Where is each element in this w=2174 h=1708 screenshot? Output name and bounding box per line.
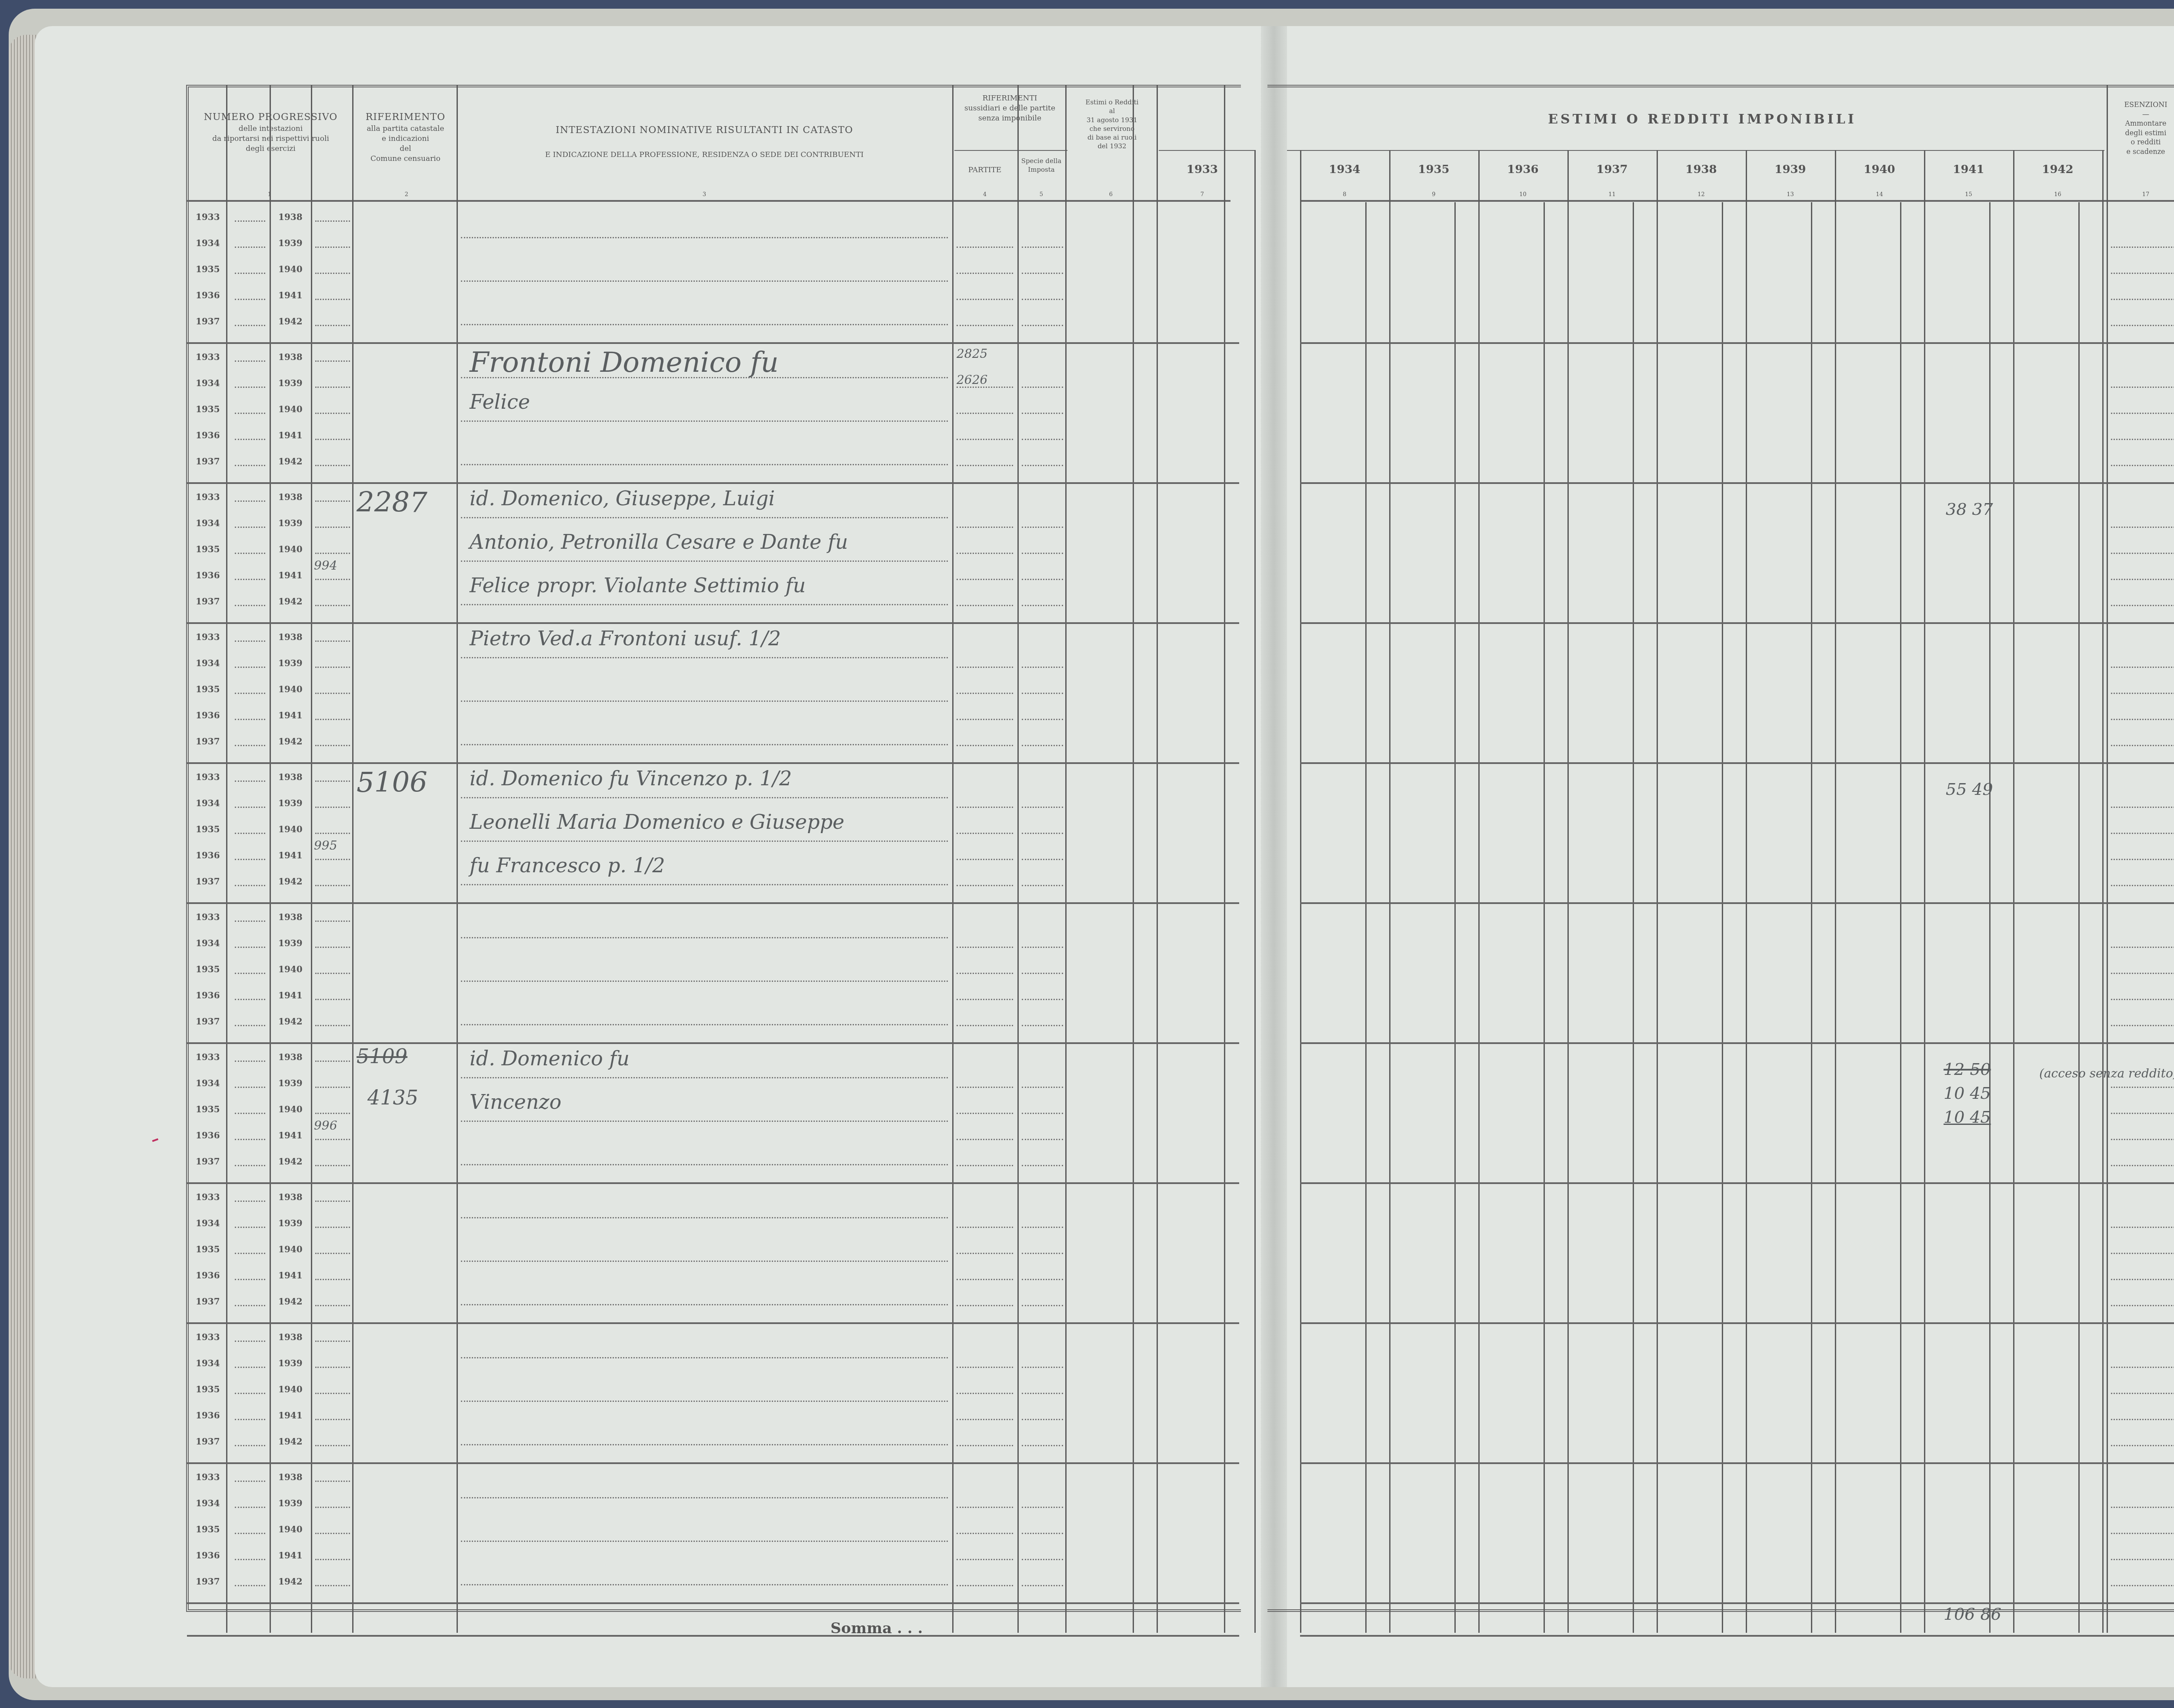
cents-rule — [2078, 202, 2080, 1633]
year-label-left: 1937 — [196, 1436, 220, 1447]
dotted-line — [2111, 325, 2174, 326]
year-label-left: 1933 — [196, 1052, 220, 1062]
dotted-line — [235, 500, 265, 502]
dotted-line — [315, 220, 350, 222]
dotted-line — [1022, 1025, 1063, 1026]
year-label-left: 1937 — [196, 1016, 220, 1027]
dotted-line — [235, 527, 265, 528]
year-label-left: 1937 — [196, 456, 220, 467]
dotted-line — [235, 921, 265, 922]
handwritten-entry-line: Pietro Ved.a Frontoni usuf. 1/2 — [470, 627, 781, 650]
dotted-line — [235, 745, 265, 746]
cents-rule — [1900, 202, 1901, 1633]
year-col-number: 14 — [1873, 191, 1886, 198]
year-label-right: 1940 — [278, 1104, 303, 1114]
dotted-line — [315, 1367, 350, 1368]
dotted-line — [1022, 579, 1063, 580]
col6-line: del 1932 — [1067, 142, 1157, 150]
dotted-line — [1022, 465, 1063, 466]
dotted-line — [2111, 1165, 2174, 1166]
esenzioni-line: e scadenze — [2107, 147, 2174, 157]
col4-number: 4 — [978, 191, 991, 198]
cents-rule — [1365, 202, 1367, 1633]
dotted-line — [957, 1445, 1013, 1446]
riferimenti-line: sussidiari e delle partite — [952, 103, 1067, 113]
dotted-line — [1022, 273, 1063, 274]
year-label-right: 1940 — [278, 404, 303, 414]
cents-rule — [1722, 202, 1723, 1633]
year-label-left: 1936 — [196, 1550, 220, 1561]
dotted-line — [315, 553, 350, 554]
dotted-line — [461, 1401, 948, 1402]
dotted-line — [2111, 1533, 2174, 1534]
dotted-line — [1022, 1087, 1063, 1088]
dotted-line — [315, 325, 350, 326]
dotted-line — [1022, 1367, 1063, 1368]
column-rule — [457, 85, 458, 1633]
year-label-right: 1939 — [278, 798, 303, 808]
dotted-line — [461, 657, 948, 658]
block-rule — [1300, 1602, 2174, 1604]
dotted-line — [1022, 1113, 1063, 1114]
dotted-line — [235, 719, 265, 720]
col2-number: 2 — [398, 191, 415, 198]
dotted-line — [315, 360, 350, 362]
dotted-line — [315, 781, 350, 782]
dotted-line — [1022, 1165, 1063, 1166]
dotted-line — [2111, 1113, 2174, 1114]
block-rule — [1300, 1042, 2174, 1044]
dotted-line — [957, 1533, 1013, 1534]
column-rule — [2107, 85, 2108, 1633]
year-label-right: 1941 — [278, 1270, 303, 1281]
col6-line: che servirono — [1067, 124, 1157, 133]
dotted-line — [315, 247, 350, 248]
dotted-line — [315, 1393, 350, 1394]
block-rule — [187, 1602, 1239, 1604]
partite-number: 2626 — [957, 373, 987, 387]
column-rule — [1224, 85, 1225, 1633]
column-rule — [1254, 150, 1256, 1633]
year-label-left: 1933 — [196, 912, 220, 922]
esenzioni-line: o redditi — [2107, 137, 2174, 147]
header-estimi-title: ESTIMI O REDDITI IMPONIBILI — [1300, 111, 2104, 129]
estimo-note: (acceso senza reddito) — [2039, 1066, 2174, 1081]
column-rule — [270, 85, 271, 1633]
year-label-right: 1941 — [278, 1550, 303, 1561]
column-rule — [1478, 150, 1480, 1633]
dotted-line — [1022, 973, 1063, 974]
dotted-line — [957, 579, 1013, 580]
dotted-line — [315, 1279, 350, 1280]
esenzioni-title: ESENZIONI — [2107, 100, 2174, 110]
year-label-right: 1942 — [278, 316, 303, 327]
block-rule — [187, 1042, 1239, 1044]
dotted-line — [957, 247, 1013, 248]
dotted-line — [461, 1077, 948, 1078]
dotted-line — [235, 1305, 265, 1306]
esenzioni-dash: — — [2107, 110, 2174, 119]
dotted-line — [235, 999, 265, 1000]
handwritten-entry-line: Antonio, Petronilla Cesare e Dante fu — [470, 530, 848, 554]
col2-line: Comune censuario — [354, 154, 457, 164]
column-rule — [1300, 150, 1301, 1633]
dotted-line — [2111, 1253, 2174, 1254]
dotted-line — [957, 1139, 1013, 1140]
dotted-line — [957, 667, 1013, 668]
dotted-line — [957, 833, 1013, 834]
col6-title: Estimi o Redditi — [1067, 98, 1157, 107]
dotted-line — [315, 605, 350, 606]
dotted-line — [2111, 1367, 2174, 1368]
year-label-right: 1939 — [278, 938, 303, 948]
year-label-right: 1941 — [278, 990, 303, 1001]
year-col-number: 9 — [1427, 191, 1440, 198]
dotted-line — [1022, 247, 1063, 248]
year-label-left: 1934 — [196, 1218, 220, 1228]
header-year-1933: 1933 — [1159, 163, 1246, 176]
year-col-number: 16 — [2051, 191, 2064, 198]
dotted-line — [957, 745, 1013, 746]
dotted-line — [957, 439, 1013, 440]
dotted-line — [235, 1087, 265, 1088]
header-year-1937: 1937 — [1567, 163, 1657, 176]
dotted-line — [2111, 1445, 2174, 1446]
year-label-left: 1934 — [196, 798, 220, 808]
year-label-right: 1940 — [278, 1244, 303, 1254]
dotted-line — [235, 640, 265, 642]
dotted-line — [235, 1061, 265, 1062]
block-rule — [187, 1462, 1239, 1464]
dotted-line — [315, 1087, 350, 1088]
handwritten-entry-line: Felice — [470, 390, 530, 414]
year-label-left: 1936 — [196, 850, 220, 861]
dotted-line — [461, 280, 948, 282]
dotted-line — [315, 1585, 350, 1586]
cents-rule — [1989, 202, 1991, 1633]
year-label-right: 1941 — [278, 1410, 303, 1421]
dotted-line — [957, 273, 1013, 274]
dotted-line — [2111, 553, 2174, 554]
block-rule — [187, 482, 1239, 484]
dotted-line — [2111, 999, 2174, 1000]
header-year-1942: 1942 — [2013, 163, 2102, 176]
dotted-line — [957, 859, 1013, 860]
year-label-right: 1938 — [278, 1472, 303, 1482]
col1-note: 996 — [314, 1118, 337, 1133]
dotted-line — [315, 465, 350, 466]
dotted-line — [957, 413, 1013, 414]
year-label-right: 1941 — [278, 430, 303, 440]
block-rule — [1300, 622, 2174, 624]
dotted-line — [235, 947, 265, 948]
dotted-line — [2111, 439, 2174, 440]
year-label-left: 1936 — [196, 290, 220, 300]
block-rule — [1300, 1322, 2174, 1324]
dotted-line — [235, 1279, 265, 1280]
riferimenti-rule — [954, 150, 1067, 151]
handwritten-entry-line: Frontoni Domenico fu — [470, 347, 779, 379]
dotted-line — [461, 237, 948, 238]
dotted-line — [1022, 693, 1063, 694]
year-label-right: 1942 — [278, 596, 303, 607]
col2-line: del — [354, 144, 457, 154]
dotted-line — [235, 1419, 265, 1420]
dotted-line — [957, 885, 1013, 886]
block-rule — [1300, 482, 2174, 484]
year-label-left: 1933 — [196, 1332, 220, 1342]
dotted-line — [957, 1087, 1013, 1088]
dotted-line — [957, 693, 1013, 694]
dotted-line — [957, 553, 1013, 554]
header-riferimenti: RIFERIMENTI sussidiari e delle partite s… — [952, 93, 1067, 123]
partita-number: 4135 — [367, 1086, 418, 1109]
year-label-right: 1939 — [278, 1218, 303, 1228]
dotted-line — [235, 413, 265, 414]
column-rule — [1017, 85, 1019, 1633]
dotted-line — [235, 1445, 265, 1446]
year-label-left: 1933 — [196, 1472, 220, 1482]
dotted-line — [235, 1165, 265, 1166]
cents-rule — [1454, 202, 1456, 1633]
dotted-line — [315, 807, 350, 808]
col6-number: 6 — [1104, 191, 1117, 198]
dotted-line — [461, 841, 948, 842]
dotted-line — [2111, 1393, 2174, 1394]
dotted-line — [957, 807, 1013, 808]
year-label-left: 1933 — [196, 632, 220, 642]
dotted-line — [315, 745, 350, 746]
dotted-line — [315, 1113, 350, 1114]
dotted-line — [1022, 1253, 1063, 1254]
dotted-line — [2111, 1139, 2174, 1140]
header-year-1935: 1935 — [1389, 163, 1478, 176]
dotted-line — [2111, 299, 2174, 300]
dotted-line — [315, 1507, 350, 1508]
dotted-line — [315, 439, 350, 440]
year-label-left: 1934 — [196, 1358, 220, 1368]
dotted-line — [315, 947, 350, 948]
header-year-1940: 1940 — [1835, 163, 1924, 176]
dotted-line — [461, 517, 948, 518]
dotted-line — [2111, 1305, 2174, 1306]
block-rule — [1300, 1182, 2174, 1184]
dotted-line — [461, 981, 948, 982]
dotted-line — [235, 859, 265, 860]
dotted-line — [1022, 833, 1063, 834]
dotted-line — [315, 500, 350, 502]
handwritten-entry-line: fu Francesco p. 1/2 — [470, 854, 665, 877]
year-label-left: 1935 — [196, 1384, 220, 1394]
header-year-1941: 1941 — [1924, 163, 2013, 176]
dotted-line — [235, 360, 265, 362]
year-label-right: 1938 — [278, 212, 303, 222]
col7-rule — [1159, 150, 1254, 151]
year-label-right: 1942 — [278, 456, 303, 467]
dotted-line — [957, 1253, 1013, 1254]
col3-title: INTESTAZIONI NOMINATIVE RISULTANTI IN CA… — [459, 124, 950, 137]
cents-rule — [1811, 202, 1812, 1633]
dotted-line — [315, 1533, 350, 1534]
dotted-line — [235, 1533, 265, 1534]
year-label-left: 1937 — [196, 736, 220, 747]
dotted-line — [235, 667, 265, 668]
dotted-line — [315, 1139, 350, 1140]
dotted-line — [235, 553, 265, 554]
handwritten-entry-line: Leonelli Maria Domenico e Giuseppe — [470, 810, 844, 834]
column-rule — [952, 85, 954, 1633]
dotted-line — [315, 833, 350, 834]
dotted-line — [2111, 1279, 2174, 1280]
partite-number: 2825 — [957, 347, 987, 361]
struck-partita-number: 5109 — [357, 1044, 407, 1068]
year-col-number: 11 — [1606, 191, 1619, 198]
dotted-line — [2111, 1585, 2174, 1586]
dotted-line — [957, 999, 1013, 1000]
year-label-right: 1938 — [278, 1332, 303, 1342]
handwritten-entry-line: Vincenzo — [470, 1090, 561, 1114]
cents-rule — [1544, 202, 1545, 1633]
year-label-left: 1933 — [196, 212, 220, 222]
dotted-line — [235, 833, 265, 834]
col2-line: e indicazioni — [354, 134, 457, 144]
dotted-line — [461, 604, 948, 605]
estimi-title: ESTIMI O REDDITI IMPONIBILI — [1300, 111, 2104, 129]
year-label-left: 1933 — [196, 1192, 220, 1202]
block-rule — [1300, 1462, 2174, 1464]
dotted-line — [315, 1559, 350, 1560]
esenzioni-line: degli estimi — [2107, 128, 2174, 138]
dotted-line — [2111, 273, 2174, 274]
dotted-line — [235, 1139, 265, 1140]
year-col-number: 13 — [1784, 191, 1797, 198]
year-label-left: 1935 — [196, 964, 220, 974]
column-rule — [1657, 150, 1658, 1633]
header-year-1936: 1936 — [1478, 163, 1567, 176]
dotted-line — [957, 299, 1013, 300]
col6-line: al — [1067, 107, 1157, 115]
dotted-line — [2111, 947, 2174, 948]
dotted-line — [957, 325, 1013, 326]
year-label-left: 1933 — [196, 772, 220, 782]
year-label-left: 1933 — [196, 352, 220, 362]
dotted-line — [2111, 667, 2174, 668]
dotted-line — [957, 1507, 1013, 1508]
year-label-left: 1934 — [196, 378, 220, 388]
dotted-line — [2111, 413, 2174, 414]
dotted-line — [1022, 885, 1063, 886]
dotted-line — [461, 1217, 948, 1218]
year-label-right: 1942 — [278, 1576, 303, 1587]
dotted-line — [461, 464, 948, 465]
header-esenzioni: ESENZIONI — Ammontare degli estimi o red… — [2107, 100, 2174, 157]
year-label-right: 1941 — [278, 850, 303, 861]
estimo-1941-value: 10 45 — [1944, 1084, 1991, 1103]
dotted-line — [1022, 859, 1063, 860]
dotted-line — [315, 1061, 350, 1062]
right-table-frame — [1267, 85, 2174, 1612]
dotted-line — [235, 1341, 265, 1342]
column-rule — [2102, 150, 2104, 1633]
year-label-left: 1935 — [196, 1524, 220, 1535]
riferimenti-title: RIFERIMENTI — [952, 93, 1067, 103]
block-rule — [187, 1322, 1239, 1324]
dotted-line — [2111, 465, 2174, 466]
dotted-line — [461, 1024, 948, 1025]
dotted-line — [235, 273, 265, 274]
dotted-line — [957, 605, 1013, 606]
column-rule — [226, 85, 227, 1633]
dotted-line — [315, 1227, 350, 1228]
dotted-line — [1022, 745, 1063, 746]
dotted-line — [1022, 1139, 1063, 1140]
dotted-line — [315, 1253, 350, 1254]
dotted-line — [461, 1541, 948, 1542]
dotted-line — [2111, 605, 2174, 606]
year-label-left: 1935 — [196, 264, 220, 274]
dotted-line — [2111, 1507, 2174, 1508]
year-label-right: 1938 — [278, 1192, 303, 1202]
dotted-line — [461, 1444, 948, 1445]
dotted-line — [315, 273, 350, 274]
year-label-left: 1935 — [196, 684, 220, 694]
year-label-right: 1938 — [278, 772, 303, 782]
year-label-left: 1934 — [196, 238, 220, 248]
dotted-line — [235, 1481, 265, 1482]
year-label-right: 1940 — [278, 1524, 303, 1535]
year-label-left: 1936 — [196, 570, 220, 580]
year-label-left: 1934 — [196, 658, 220, 668]
year-label-right: 1941 — [278, 1130, 303, 1141]
dotted-line — [315, 1201, 350, 1202]
col1-note: 995 — [314, 838, 337, 853]
dotted-line — [957, 1305, 1013, 1306]
dotted-line — [1022, 667, 1063, 668]
year-label-right: 1938 — [278, 1052, 303, 1062]
dotted-line — [315, 1025, 350, 1026]
dotted-line — [235, 781, 265, 782]
dotted-line — [461, 420, 948, 422]
dotted-line — [461, 1497, 948, 1498]
dotted-line — [957, 1279, 1013, 1280]
year-label-right: 1940 — [278, 544, 303, 554]
year-label-left: 1935 — [196, 1244, 220, 1254]
riferimenti-line: senza imponibile — [952, 113, 1067, 123]
year-label-left: 1936 — [196, 1270, 220, 1281]
col17-number: 17 — [2139, 191, 2152, 198]
col6-line: 31 agosto 1931 — [1067, 116, 1157, 124]
dotted-line — [315, 527, 350, 528]
year-label-left: 1937 — [196, 1296, 220, 1307]
year-label-left: 1935 — [196, 404, 220, 414]
year-label-left: 1935 — [196, 824, 220, 834]
dotted-line — [235, 220, 265, 222]
dotted-line — [957, 527, 1013, 528]
dotted-line — [461, 1357, 948, 1358]
dotted-line — [1022, 999, 1063, 1000]
dotted-line — [1022, 1227, 1063, 1228]
year-label-left: 1936 — [196, 430, 220, 440]
dotted-line — [957, 1585, 1013, 1586]
year-label-right: 1940 — [278, 684, 303, 694]
dotted-line — [1022, 1533, 1063, 1534]
handwritten-entry-line: id. Domenico, Giuseppe, Luigi — [470, 487, 775, 510]
column-rule — [1389, 150, 1390, 1633]
dotted-line — [461, 1164, 948, 1165]
block-rule — [187, 622, 1239, 624]
dotted-line — [315, 973, 350, 974]
left-table-frame — [186, 85, 1241, 1612]
